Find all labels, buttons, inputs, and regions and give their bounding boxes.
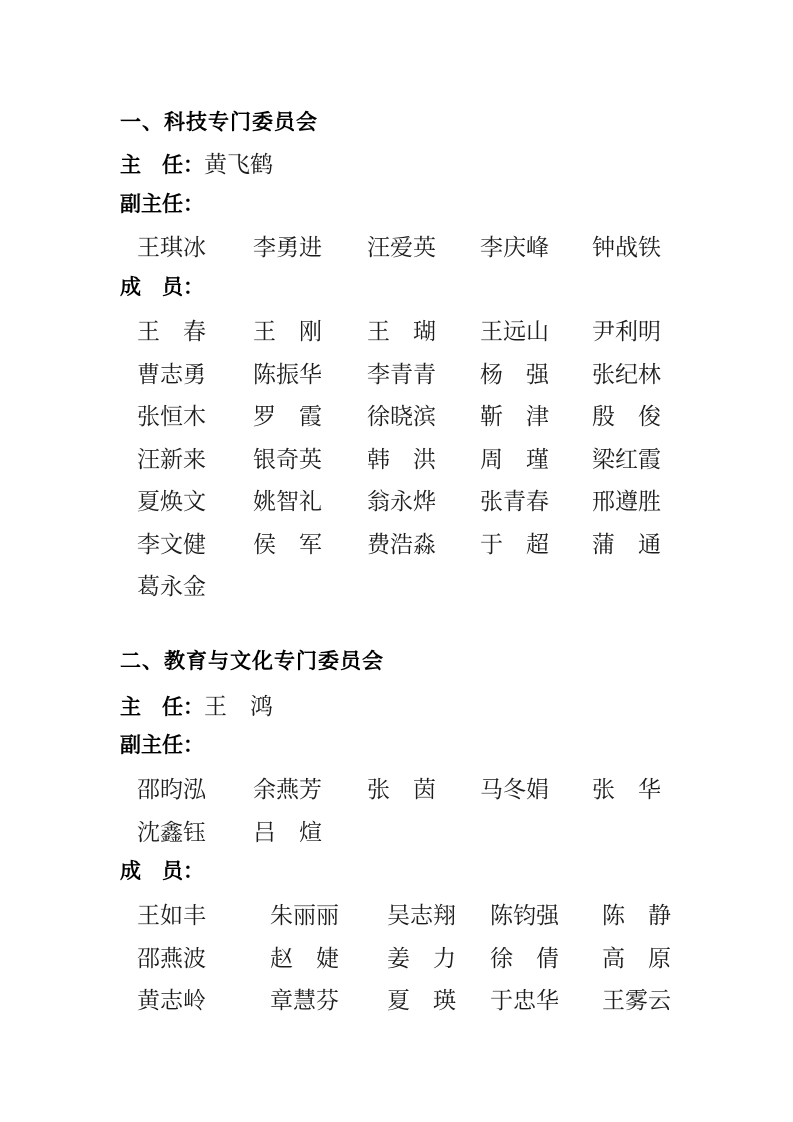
member-row: 王 春 王 刚 王 瑚 王远山 尹利明 [137,313,661,346]
member-name: 邵燕波 [137,940,270,973]
member-name: 邢遵胜 [592,483,661,516]
deputy-name: 张 华 [592,771,661,804]
deputy-row: 王琪冰 李勇进 汪爱英 李庆峰 钟战铁 [137,229,661,262]
member-name: 尹利明 [592,313,661,346]
member-name: 夏 瑛 [387,982,490,1015]
section-2-director-line: 主 任：王 鸿 [120,688,273,721]
member-row: 曹志勇 陈振华 李青青 杨 强 张纪林 [137,356,661,389]
member-name: 徐 倩 [490,940,602,973]
deputy-row: 邵昀泓 余燕芳 张 茵 马冬娟 张 华 [137,771,661,804]
member-name: 殷 俊 [592,398,661,431]
member-row: 张恒木 罗 霞 徐晓滨 靳 津 殷 俊 [137,398,661,431]
deputy-name: 邵昀泓 [137,771,253,804]
member-name: 张青春 [480,483,592,516]
member-row: 邵燕波 赵 婕 姜 力 徐 倩 高 原 [137,940,671,973]
section-2-heading: 二、教育与文化专门委员会 [120,645,384,675]
deputy-row: 沈鑫钰 吕 煊 [137,814,367,847]
member-name: 姚智礼 [253,483,367,516]
member-name: 蒲 通 [592,526,661,559]
section-1-deputy-label: 副主任： [120,188,204,218]
member-name: 杨 强 [480,356,592,389]
member-name: 王雾云 [602,982,671,1015]
member-name: 黄志岭 [137,982,270,1015]
section-1-heading: 一、科技专门委员会 [120,106,318,136]
member-name: 张恒木 [137,398,253,431]
member-row: 王如丰 朱丽丽 吴志翔 陈钧强 陈 静 [137,897,671,930]
member-name: 侯 军 [253,526,367,559]
deputy-name: 马冬娟 [480,771,592,804]
member-name: 李青青 [367,356,480,389]
deputy-name: 王琪冰 [137,229,253,262]
member-name: 高 原 [602,940,671,973]
member-name: 陈钧强 [490,897,602,930]
member-row: 黄志岭 章慧芬 夏 瑛 于忠华 王雾云 [137,982,671,1015]
deputy-name: 李庆峰 [480,229,592,262]
member-name: 汪新来 [137,441,253,474]
deputy-name: 余燕芳 [253,771,367,804]
document-page: 一、科技专门委员会 主 任：黄飞鹤 副主任： 王琪冰 李勇进 汪爱英 李庆峰 钟… [0,0,793,1122]
member-name: 陈 静 [602,897,671,930]
member-name: 朱丽丽 [270,897,387,930]
member-name: 夏焕文 [137,483,253,516]
member-name: 韩 洪 [367,441,480,474]
member-name: 葛永金 [137,568,253,601]
section-1-members-label: 成 员： [120,271,204,301]
member-name: 王如丰 [137,897,270,930]
member-row: 汪新来 银奇英 韩 洪 周 瑾 梁红霞 [137,441,661,474]
member-name: 王 瑚 [367,313,480,346]
member-name: 张纪林 [592,356,661,389]
member-row: 葛永金 [137,568,253,601]
member-name: 靳 津 [480,398,592,431]
member-name: 姜 力 [387,940,490,973]
deputy-name: 钟战铁 [592,229,661,262]
member-name: 李文健 [137,526,253,559]
member-name: 陈振华 [253,356,367,389]
member-row: 李文健 侯 军 费浩淼 于 超 蒲 通 [137,526,661,559]
section-2-members-label: 成 员： [120,855,204,885]
deputy-name: 李勇进 [253,229,367,262]
member-row: 夏焕文 姚智礼 翁永烨 张青春 邢遵胜 [137,483,661,516]
deputy-name: 汪爱英 [367,229,480,262]
director-name: 黄飞鹤 [204,152,273,177]
member-name: 王远山 [480,313,592,346]
member-name: 周 瑾 [480,441,592,474]
member-name: 徐晓滨 [367,398,480,431]
deputy-name: 沈鑫钰 [137,814,253,847]
member-name: 章慧芬 [270,982,387,1015]
member-name: 王 春 [137,313,253,346]
member-name: 于 超 [480,526,592,559]
member-name: 梁红霞 [592,441,661,474]
member-name: 曹志勇 [137,356,253,389]
director-name: 王 鸿 [204,694,273,719]
director-label: 主 任： [120,696,204,719]
member-name: 罗 霞 [253,398,367,431]
director-label: 主 任： [120,154,204,177]
member-name: 吴志翔 [387,897,490,930]
member-name: 银奇英 [253,441,367,474]
deputy-name: 吕 煊 [253,814,367,847]
deputy-name: 张 茵 [367,771,480,804]
member-name: 王 刚 [253,313,367,346]
member-name: 翁永烨 [367,483,480,516]
section-2-deputy-label: 副主任： [120,729,204,759]
section-1-director-line: 主 任：黄飞鹤 [120,146,273,179]
member-name: 费浩淼 [367,526,480,559]
member-name: 赵 婕 [270,940,387,973]
member-name: 于忠华 [490,982,602,1015]
